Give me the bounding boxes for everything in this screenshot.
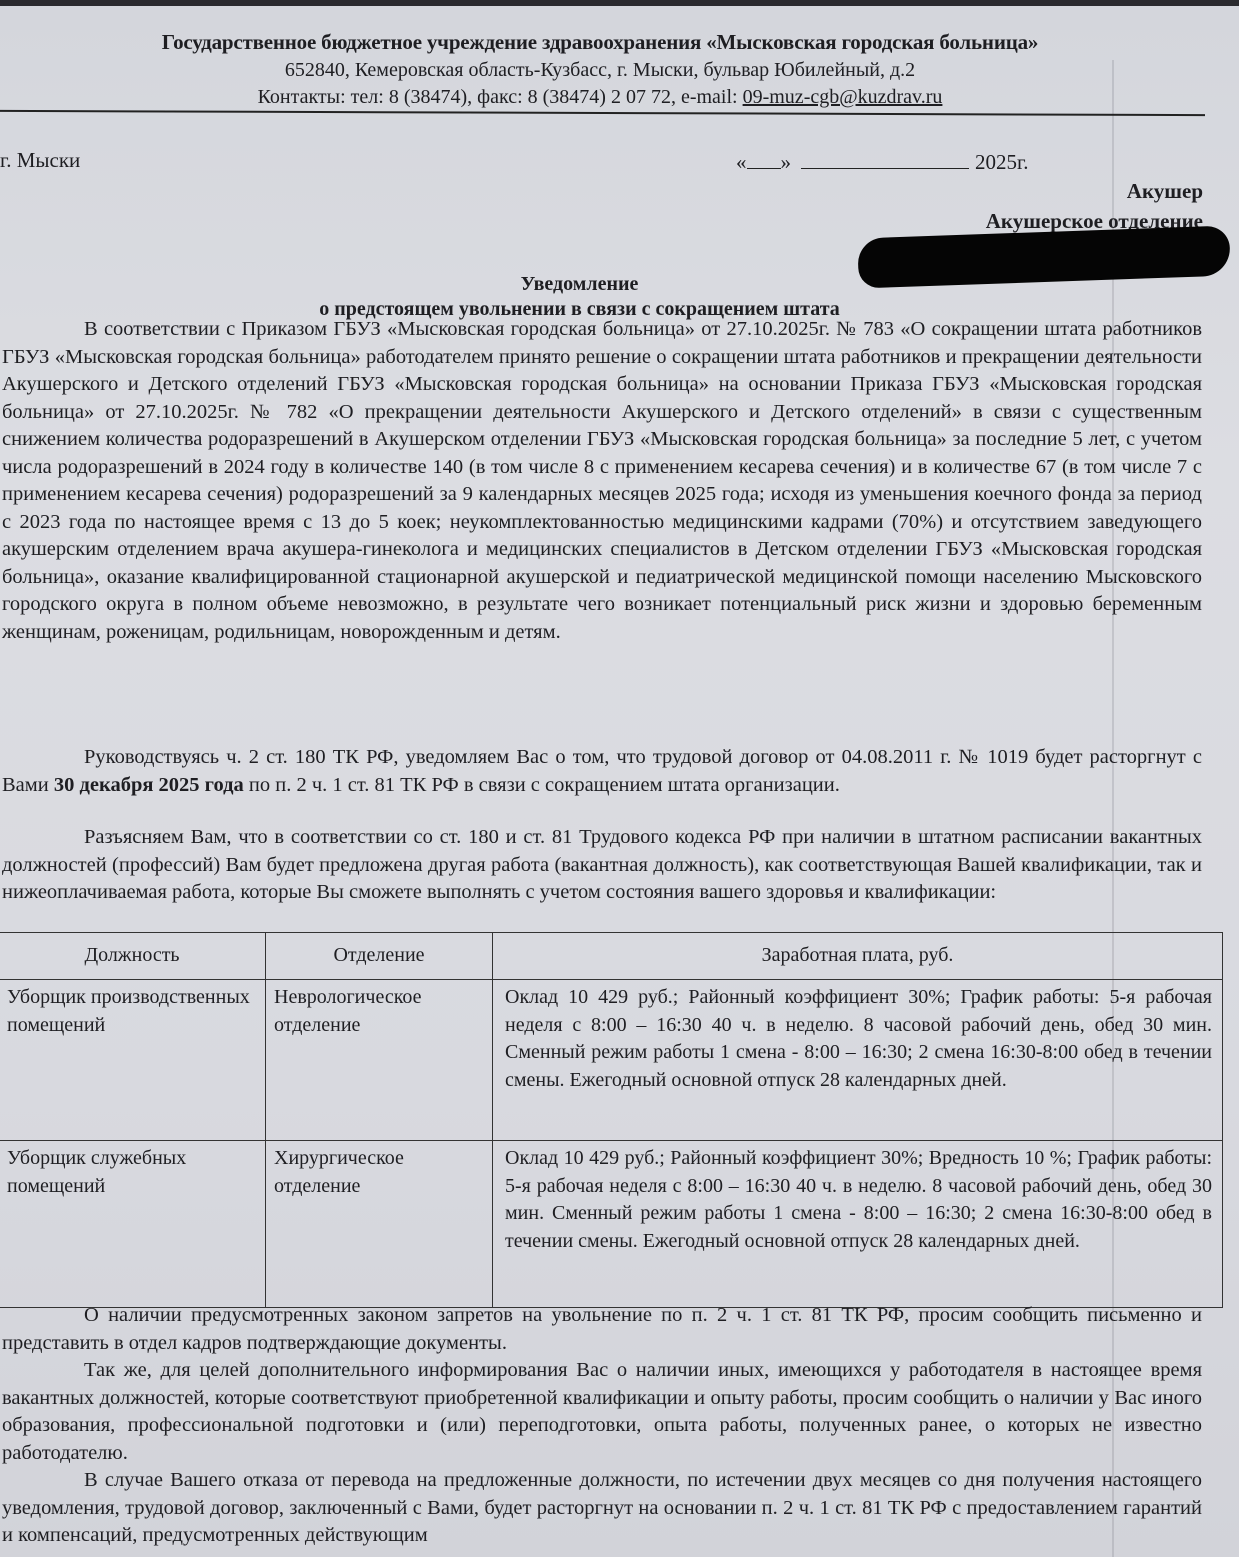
qualifications-text: Так же, для целей дополнительного информ… xyxy=(2,1357,1202,1467)
date-line: «»2025г. xyxy=(736,150,1029,175)
city-label: г. Мыски xyxy=(0,148,80,173)
vacancy-department: Неврологическое отделение xyxy=(266,980,493,1141)
date-day-blank xyxy=(747,168,781,169)
date-open-quote: « xyxy=(736,150,747,174)
email-link[interactable]: 09-muz-cgb@kuzdrav.ru xyxy=(743,86,943,108)
header-position: Должность xyxy=(0,933,266,980)
paragraph-refusal: В случае Вашего отказа от перевода на пр… xyxy=(2,1467,1202,1550)
letterhead-divider xyxy=(0,110,1205,116)
vacancies-intro-text: Разъясняем Вам, что в соответствии со ст… xyxy=(2,824,1202,907)
termination-text-after: по п. 2 ч. 1 ст. 81 ТК РФ в связи с сокр… xyxy=(244,774,840,796)
paragraph-termination: Руководствуясь ч. 2 ст. 180 ТК РФ, уведо… xyxy=(2,744,1202,799)
letterhead: Государственное бюджетное учреждение здр… xyxy=(0,30,1200,109)
vacancies-table: Должность Отделение Заработная плата, ру… xyxy=(0,932,1223,1308)
organization-name: Государственное бюджетное учреждение здр… xyxy=(0,30,1200,55)
addressee-position: Акушер xyxy=(986,176,1203,206)
paragraph-vacancies-intro: Разъясняем Вам, что в соответствии со ст… xyxy=(2,824,1202,907)
date-month-blank xyxy=(801,168,969,169)
paragraph-qualifications: Так же, для целей дополнительного информ… xyxy=(2,1357,1202,1467)
organization-contacts: Контакты: тел: 8 (38474), факс: 8 (38474… xyxy=(0,86,1200,109)
refusal-text: В случае Вашего отказа от перевода на пр… xyxy=(2,1467,1202,1550)
header-department: Отделение xyxy=(266,933,493,980)
date-year: 2025г. xyxy=(975,150,1029,174)
header-wage: Заработная плата, руб. xyxy=(493,933,1223,980)
document-title: Уведомление xyxy=(0,273,1199,296)
paragraph-prohibitions: О наличии предусмотренных законом запрет… xyxy=(2,1302,1202,1357)
table-row: Уборщик служебных помещений Хирургическо… xyxy=(0,1141,1223,1308)
contacts-text: Контакты: тел: 8 (38474), факс: 8 (38474… xyxy=(258,86,743,108)
vacancies-header-row: Должность Отделение Заработная плата, ру… xyxy=(0,933,1223,980)
vacancy-department: Хирургическое отделение xyxy=(266,1141,493,1308)
paragraph-grounds: В соответствии с Приказом ГБУЗ «Мысковск… xyxy=(2,316,1202,646)
document-page: Государственное бюджетное учреждение здр… xyxy=(0,0,1239,1557)
organization-address: 652840, Кемеровская область-Кузбасс, г. … xyxy=(0,59,1200,82)
date-close-quote: » xyxy=(781,150,792,174)
vacancy-position: Уборщик производственных помещений xyxy=(0,980,266,1141)
paragraph-grounds-text: В соответствии с Приказом ГБУЗ «Мысковск… xyxy=(2,316,1202,646)
prohibitions-text: О наличии предусмотренных законом запрет… xyxy=(2,1302,1202,1357)
vacancy-wage: Оклад 10 429 руб.; Районный коэффициент … xyxy=(493,1141,1223,1308)
termination-date: 30 декабря 2025 года xyxy=(54,774,244,796)
page-top-edge xyxy=(0,0,1239,6)
vacancy-position: Уборщик служебных помещений xyxy=(0,1141,266,1308)
vacancy-wage: Оклад 10 429 руб.; Районный коэффициент … xyxy=(493,980,1223,1141)
table-row: Уборщик производственных помещений Невро… xyxy=(0,980,1223,1141)
